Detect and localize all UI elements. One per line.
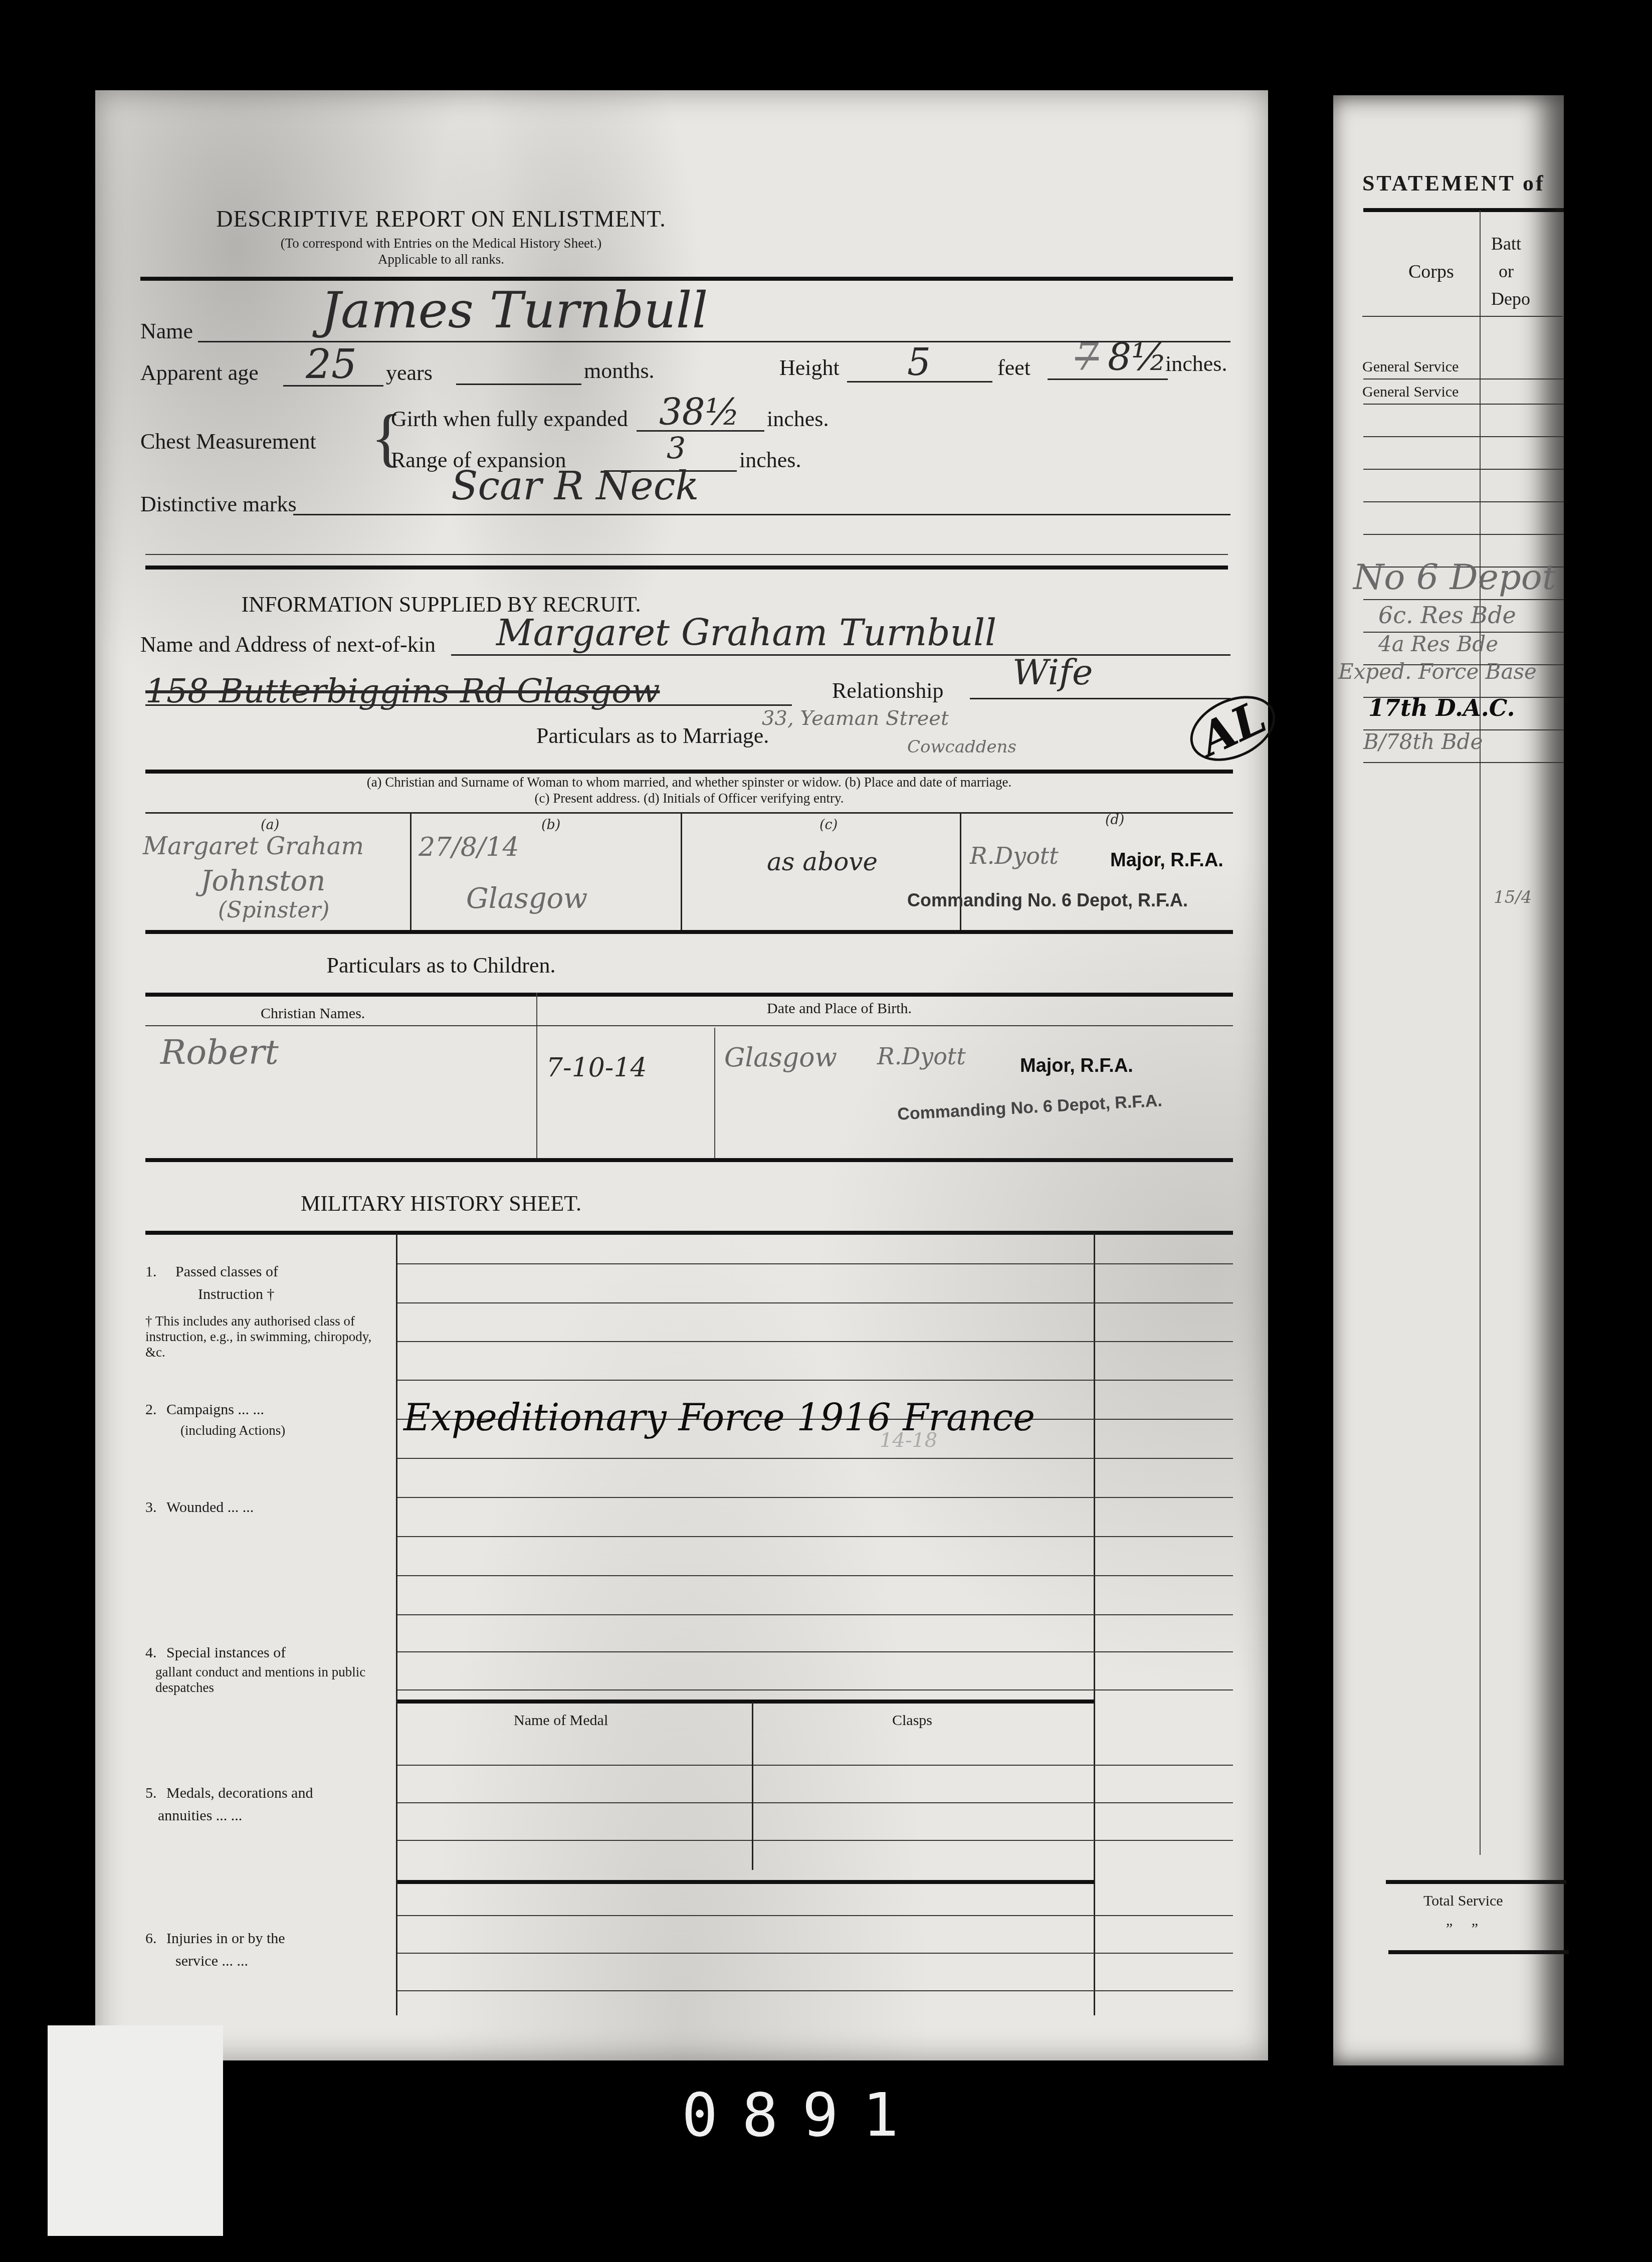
relationship-line [970,698,1230,699]
ruled-line [397,1953,1233,1954]
column-divider [714,1028,715,1158]
marriage-table-top [145,812,1233,814]
officer-stamp-rank: Major, R.F.A. [1110,850,1223,871]
marriage-date: 27/8/14 [419,832,519,862]
ruled-line [397,1380,1233,1381]
divider [1386,1880,1566,1884]
divider [1388,1950,1569,1954]
children-heading: Particulars as to Children. [95,953,787,978]
ruled-line [1363,436,1564,437]
total-service-label: Total Service [1423,1893,1503,1910]
nok-line [451,654,1230,656]
document-title: DESCRIPTIVE REPORT ON ENLISTMENT. [95,206,787,232]
range-value: 3 [667,431,686,466]
name-value: James Turnbull [321,281,708,339]
history-row-4: 4. Special instances of [145,1644,286,1661]
ruled-line [397,1536,1233,1537]
months-label: months. [584,358,655,384]
medal-column-divider [752,1702,753,1870]
history-row-6: 6. Injuries in or by the [145,1930,285,1947]
marriage-col-b-key: (b) [541,817,560,833]
child-birth-place: Glasgow [724,1043,837,1073]
ruled-line [397,1458,1233,1459]
ruled-line [397,1990,1233,1991]
verifying-officer-initials: R.Dyott [970,842,1059,869]
marriage-label: Particulars as to Marriage. [536,723,769,748]
girth-unit: inches. [767,406,829,432]
row-label: Special instances of [166,1644,286,1661]
row-label: Campaigns ... ... [166,1401,264,1418]
child-verifying-initials: R.Dyott [877,1043,966,1070]
row-label: Passed classes of [175,1263,278,1280]
nok-label: Name and Address of next-of-kin [140,632,436,657]
column-divider [536,993,537,1158]
marriage-note-1: (a) Christian and Surname of Woman to wh… [145,775,1233,790]
history-row-5-label-2: annuities ... ... [158,1807,242,1824]
girth-value: 38½ [659,391,740,433]
relationship-value: Wife [1012,652,1093,693]
marriage-wife-surname: Johnston [200,865,325,897]
marriage-present-address: as above [767,847,878,876]
feet-label: feet [997,355,1030,381]
ruled-line [397,1689,1233,1690]
column-divider [960,812,961,930]
row-label: Medals, decorations and [166,1785,313,1801]
column-divider [396,1233,397,2015]
document-subtitle: (To correspond with Entries on the Medic… [95,236,787,251]
statement-heading: STATEMENT of [1362,170,1545,196]
campaign-entry: Expeditionary Force 1916 France [403,1396,1035,1439]
ruled-line [1363,762,1564,763]
column-divider [1480,211,1481,1855]
ruled-line [397,1575,1233,1576]
history-row-1: 1. Passed classes of [145,1263,386,1280]
nok-name: Margaret Graham Turnbull [496,612,996,654]
divider [145,930,1233,934]
ruled-line [1363,404,1564,405]
history-row-3: 3. Wounded ... ... [145,1499,254,1516]
marks-label: Distinctive marks [140,491,297,517]
unit-entry-4: Exped. Force Base [1338,659,1537,684]
medal-header-name: Name of Medal [514,1712,608,1729]
marriage-col-c-key: (c) [819,817,838,833]
child-name: Robert [160,1033,279,1072]
column-batt-1: Batt [1491,233,1521,254]
unit-entry-7: 15/4 [1494,887,1532,907]
row-number: 6. [145,1930,157,1947]
ruled-line [1363,379,1564,380]
months-line [456,384,581,385]
medal-table-bottom [397,1880,1094,1884]
row-label: Wounded ... ... [166,1499,254,1516]
corps-row-1: General Service [1362,358,1459,375]
row-number: 4. [145,1644,157,1661]
marriage-place: Glasgow [466,882,587,915]
chest-label: Chest Measurement [140,429,316,454]
unit-entry-1: No 6 Depot [1353,556,1556,598]
ruled-line [397,1497,1233,1498]
marriage-note-2: (c) Present address. (d) Initials of Off… [145,791,1233,806]
children-header-names: Christian Names. [261,1005,365,1022]
target-card [48,2025,223,2236]
age-value: 25 [306,341,357,388]
height-feet-value: 5 [907,341,931,384]
column-divider [681,812,682,930]
ruled-line [1363,534,1564,535]
relationship-label: Relationship [832,678,943,703]
marriage-wife-status: (Spinster) [218,897,329,923]
child-stamp-rank: Major, R.F.A. [1020,1055,1133,1077]
column-divider [1094,1233,1095,2015]
ruled-line [397,1263,1233,1264]
ruled-line [1363,599,1564,600]
row-number: 2. [145,1401,157,1418]
ruled-line [397,1840,1233,1841]
ruled-line [397,1341,1233,1342]
statement-of-services-strip: STATEMENT of Corps Batt or Depo General … [1333,95,1564,2065]
ruled-line [397,1614,1233,1615]
history-row-1-note: † This includes any authorised class of … [145,1313,391,1360]
column-batt-3: Depo [1491,288,1530,309]
marriage-col-a-key: (a) [261,817,279,833]
children-header-rule [145,1025,1233,1026]
ruled-line [397,1765,1233,1766]
child-stamp-command: Commanding No. 6 Depot, R.F.A. [897,1091,1162,1124]
history-row-6-label-2: service ... ... [175,1953,248,1970]
child-birth-date: 7-10-14 [546,1053,647,1083]
marriage-wife-name: Margaret Graham [143,832,364,860]
ruled-line [1363,501,1564,502]
enlistment-form-page: DESCRIPTIVE REPORT ON ENLISTMENT. (To co… [95,90,1268,2060]
unit-entry-5: 17th D.A.C. [1368,694,1515,721]
years-label: years [386,360,433,386]
children-header-birth: Date and Place of Birth. [767,1000,912,1017]
history-row-4-label-2: gallant conduct and mentions in public d… [155,1664,386,1695]
marriage-new-address: 33, Yeaman Street [762,707,949,730]
range-unit: inches. [739,447,801,473]
ruled-line [1363,469,1564,470]
marks-value: Scar R Neck [451,464,699,509]
marks-line-2 [145,554,1228,555]
name-label: Name [140,318,193,344]
medal-table-top [397,1700,1094,1704]
height-label: Height [779,355,840,381]
history-row-2: 2. Campaigns ... ... [145,1401,264,1418]
officer-initials-mark: AL [1180,683,1286,774]
height-inches-value: 8½ [1108,336,1167,379]
row-number: 3. [145,1499,157,1516]
column-corps: Corps [1408,261,1454,283]
nok-address-line [145,704,792,706]
column-batt-2: or [1499,261,1514,282]
ruled-line [397,1302,1233,1303]
unit-entry-3: 4a Res Bde [1378,632,1498,656]
officer-stamp-command: Commanding No. 6 Depot, R.F.A. [907,890,1188,911]
marks-line [293,514,1230,515]
military-history-heading: MILITARY HISTORY SHEET. [95,1191,787,1216]
row-number: 1. [145,1263,157,1280]
divider [145,565,1228,570]
divider [145,1231,1233,1235]
total-service-ditto: ” ” [1446,1920,1478,1937]
unit-entry-6: B/78th Bde [1363,729,1483,754]
age-label: Apparent age [140,360,259,386]
marriage-new-address-2: Cowcaddens [907,737,1016,757]
row-number: 5. [145,1785,157,1801]
ruled-line [397,1802,1233,1803]
ruled-line [397,1651,1233,1652]
divider [145,1158,1233,1162]
column-divider [410,812,411,930]
history-row-1-label-2: Instruction † [198,1286,274,1303]
divider [145,993,1233,997]
history-row-5: 5. Medals, decorations and [145,1785,313,1802]
corps-row-2: General Service [1362,384,1459,401]
divider [140,277,1233,281]
divider [1363,208,1564,212]
marriage-col-d-key: (d) [1105,812,1124,828]
campaign-entry-pencil: 14-18 [880,1429,937,1452]
ruled-line [397,1915,1233,1916]
history-row-2-label-2: (including Actions) [180,1423,285,1438]
document-applicability: Applicable to all ranks. [95,252,787,267]
height-inches-struck: 7 [1075,336,1099,379]
medal-header-clasps: Clasps [892,1712,932,1729]
girth-label: Girth when fully expanded [391,406,628,432]
row-label: Injuries in or by the [166,1930,285,1947]
unit-entry-2: 6c. Res Bde [1378,602,1516,629]
ruled-line [1362,316,1563,317]
inches-label: inches. [1165,351,1227,376]
divider [145,770,1233,774]
frame-number: 0891 [682,2081,923,2150]
